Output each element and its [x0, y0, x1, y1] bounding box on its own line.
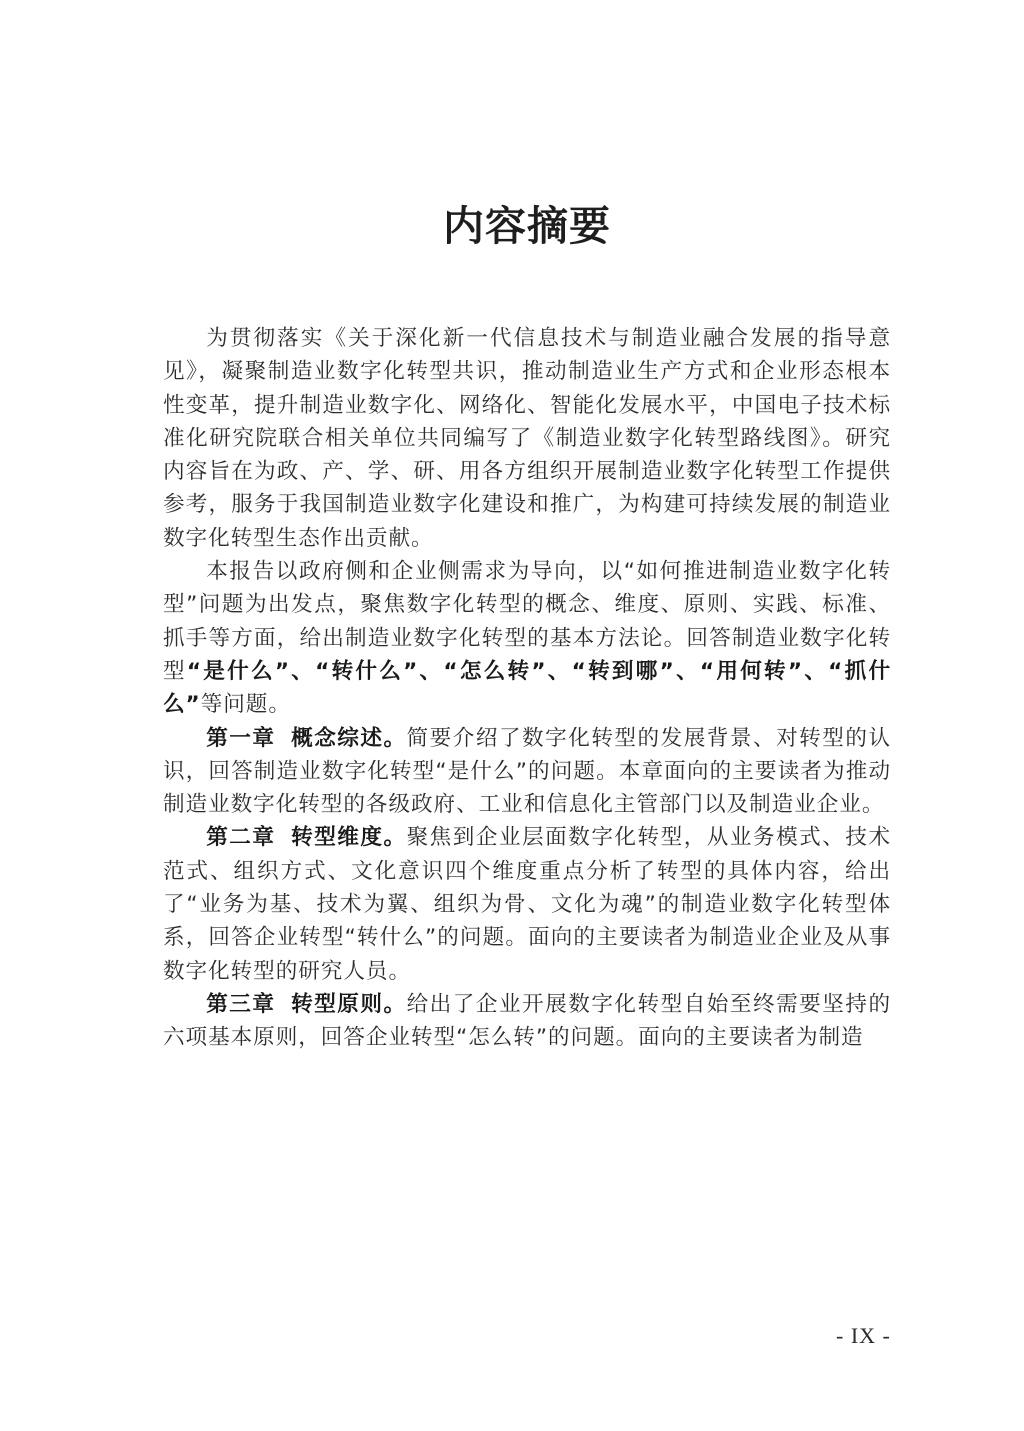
page-number: - IX - — [836, 1323, 891, 1349]
chapter-heading: 转型维度。 — [291, 825, 407, 850]
paragraph-text: 等问题。 — [201, 692, 291, 717]
paragraph-report-scope: 本报告以政府侧和企业侧需求为导向，以“如何推进制造业数字化转型”问题为出发点，聚… — [163, 555, 891, 721]
paragraph-chapter-1: 第一章概念综述。简要介绍了数字化转型的发展背景、对转型的认识，回答制造业数字化转… — [163, 722, 891, 822]
paragraph-chapter-3: 第三章转型原则。给出了企业开展数字化转型自始至终需要坚持的六项基本原则，回答企业… — [163, 988, 891, 1055]
page-title: 内容摘要 — [0, 196, 1024, 256]
chapter-heading: 转型原则。 — [291, 992, 407, 1017]
chapter-heading: 概念综述。 — [291, 726, 407, 751]
paragraph-chapter-2: 第二章转型维度。聚焦到企业层面数字化转型，从业务模式、技术范式、组织方式、文化意… — [163, 821, 891, 987]
paragraph-text: 为贯彻落实《关于深化新一代信息技术与制造业融合发展的指导意见》，凝聚制造业数字化… — [163, 326, 891, 551]
chapter-number: 第二章 — [206, 825, 275, 850]
paragraph-intro: 为贯彻落实《关于深化新一代信息技术与制造业融合发展的指导意见》，凝聚制造业数字化… — [163, 322, 891, 555]
summary-body: 为贯彻落实《关于深化新一代信息技术与制造业融合发展的指导意见》，凝聚制造业数字化… — [163, 322, 891, 1055]
document-page: 内容摘要 为贯彻落实《关于深化新一代信息技术与制造业融合发展的指导意见》，凝聚制… — [0, 0, 1024, 1431]
chapter-number: 第三章 — [206, 992, 275, 1017]
chapter-number: 第一章 — [206, 726, 275, 751]
